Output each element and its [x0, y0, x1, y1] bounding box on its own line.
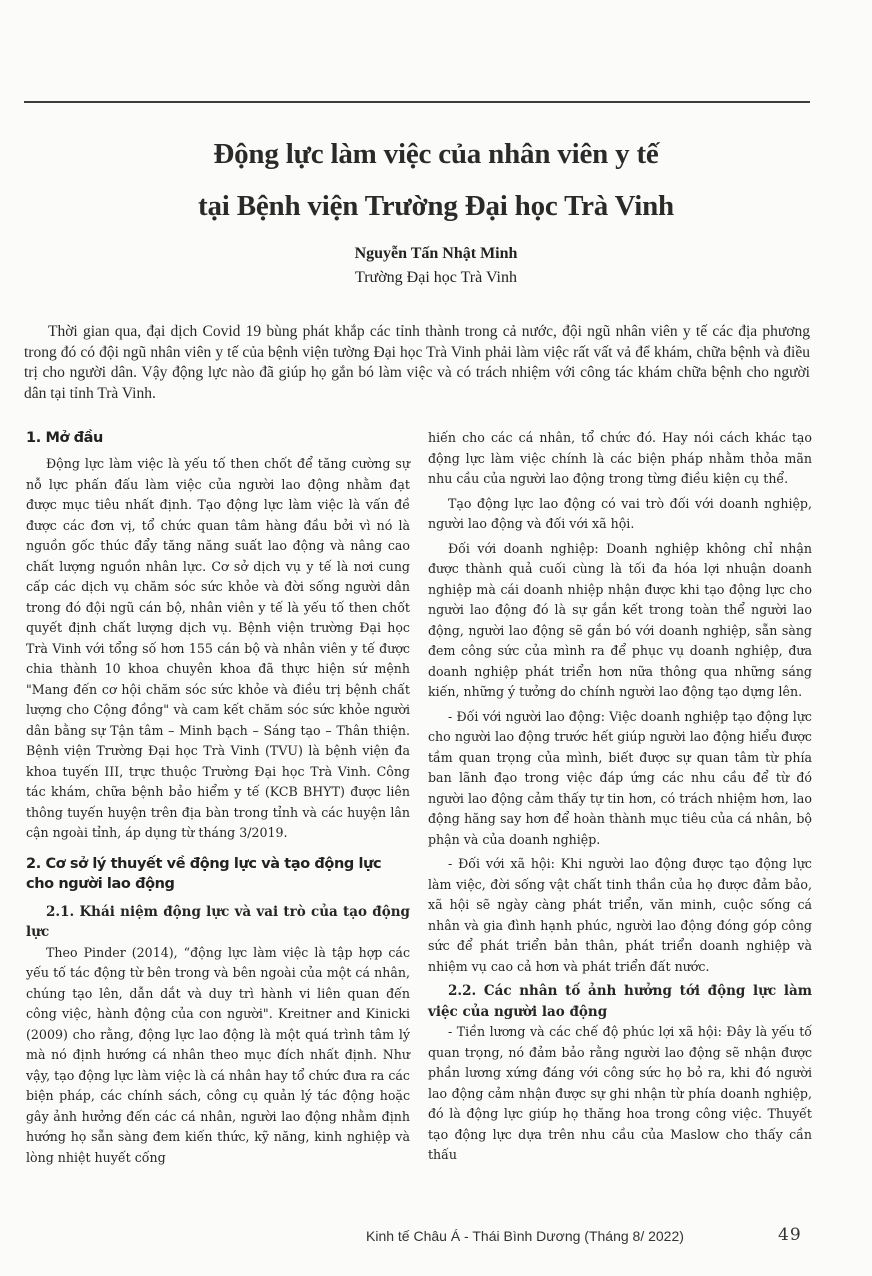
paragraph: - Tiền lương và các chế độ phúc lợi xã h…	[428, 1022, 812, 1166]
section-heading-theory: 2. Cơ sở lý thuyết về động lực và tạo độ…	[26, 854, 410, 894]
author-name: Nguyễn Tấn Nhật Minh	[0, 243, 872, 265]
abstract: Thời gian qua, đại dịch Covid 19 bùng ph…	[24, 322, 810, 404]
paragraph: - Đối với người lao động: Việc doanh ngh…	[428, 707, 812, 851]
paragraph: Đối với doanh nghiệp: Doanh nghiệp không…	[428, 539, 812, 703]
title-line-2: tại Bệnh viện Trường Đại học Trà Vinh	[0, 180, 872, 232]
paragraph: hiến cho các cá nhân, tổ chức đó. Hay nó…	[428, 428, 812, 490]
left-column: 1. Mở đầu Động lực làm việc là yếu tố th…	[26, 428, 410, 1172]
subsection-heading-2-2: 2.2. Các nhân tố ảnh hưởng tới động lực …	[428, 981, 812, 1022]
article-title: Động lực làm việc của nhân viên y tế tại…	[0, 128, 872, 232]
right-column: hiến cho các cá nhân, tổ chức đó. Hay nó…	[428, 428, 812, 1170]
section-heading-intro: 1. Mở đầu	[26, 428, 410, 448]
page-number: 49	[778, 1225, 802, 1245]
footer-journal-name: Kinh tế Châu Á - Thái Bình Dương (Tháng …	[366, 1228, 684, 1244]
author-affiliation: Trường Đại học Trà Vinh	[0, 267, 872, 289]
header-rule	[24, 101, 810, 103]
title-line-1: Động lực làm việc của nhân viên y tế	[0, 128, 872, 180]
paragraph: Động lực làm việc là yếu tố then chốt để…	[26, 454, 410, 844]
paragraph: Theo Pinder (2014), “động lực làm việc l…	[26, 943, 410, 1169]
subsection-heading-2-1: 2.1. Khái niệm động lực và vai trò của t…	[26, 902, 410, 943]
paragraph: Tạo động lực lao động có vai trò đối với…	[428, 494, 812, 535]
paragraph: - Đối với xã hội: Khi người lao động đượ…	[428, 854, 812, 977]
